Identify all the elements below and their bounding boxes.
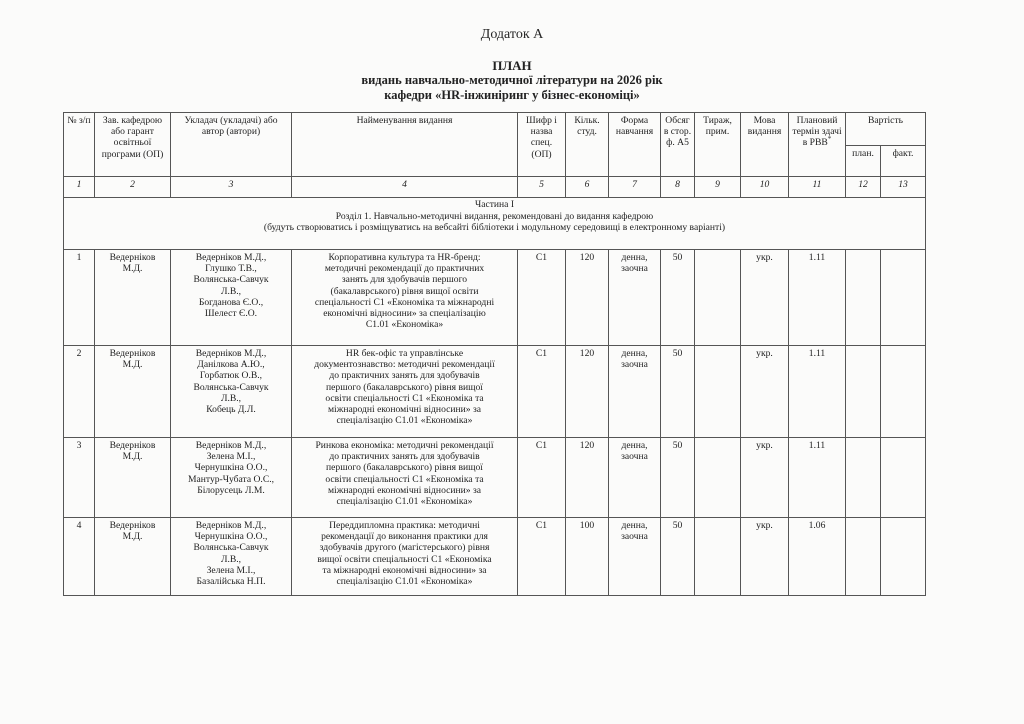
- authors-cell-line: Ведерніков М.Д.,: [173, 348, 289, 359]
- study-form-cell: денна,заочна: [609, 518, 661, 596]
- deadline-cell: 1.11: [789, 346, 846, 438]
- cost-plan-cell: [846, 438, 881, 518]
- students-count-cell: 120: [566, 346, 609, 438]
- study-form-cell-line: заочна: [611, 451, 658, 462]
- authors-cell: Ведерніков М.Д.,Зелена М.І.,Чернушкіна О…: [171, 438, 292, 518]
- department-head-cell: ВедерніковМ.Д.: [95, 438, 171, 518]
- study-form-cell-line: денна,: [611, 440, 658, 451]
- circulation-cell: [695, 346, 741, 438]
- row-number: 3: [64, 438, 95, 518]
- publication-name-cell-line: вищої освіти спеціальності С1 «Економіка: [294, 554, 515, 565]
- publication-name-cell-line: освіти спеціальності С1 «Економіка та: [294, 474, 515, 485]
- publication-name-cell: Переддипломна практика: методичнірекомен…: [292, 518, 518, 596]
- authors-cell-line: Шелест Є.О.: [173, 308, 289, 319]
- authors-cell: Ведерніков М.Д.,Данілкова А.Ю.,Горбатюк …: [171, 346, 292, 438]
- table-row: 4ВедерніковМ.Д.Ведерніков М.Д.,Чернушкін…: [64, 518, 926, 596]
- authors-cell-line: Глушко Т.В.,: [173, 263, 289, 274]
- header-language: Мова видання: [741, 113, 789, 177]
- column-number: 3: [171, 177, 292, 198]
- header-cost: Вартість: [846, 113, 926, 146]
- deadline-cell: 1.06: [789, 518, 846, 596]
- department-head-cell: ВедерніковМ.Д.: [95, 518, 171, 596]
- authors-cell-line: Ведерніков М.Д.,: [173, 520, 289, 531]
- publication-name-cell-line: та міжнародні економічні відносини» за: [294, 565, 515, 576]
- volume-cell: 50: [661, 250, 695, 346]
- department-head-cell-line: Ведерніков: [97, 440, 168, 451]
- study-form-cell-line: денна,: [611, 252, 658, 263]
- department-head-cell-line: Ведерніков: [97, 520, 168, 531]
- publication-name-cell-line: до практичних занять для здобувачів: [294, 451, 515, 462]
- authors-cell: Ведерніков М.Д.,Чернушкіна О.О.,Волянськ…: [171, 518, 292, 596]
- department-head-cell: ВедерніковМ.Д.: [95, 250, 171, 346]
- authors-cell-line: Волянська-Савчук: [173, 382, 289, 393]
- publication-name-cell-line: освіти спеціальності С1 «Економіка та: [294, 393, 515, 404]
- header-study-form: Форма навчання: [609, 113, 661, 177]
- column-number: 2: [95, 177, 171, 198]
- volume-cell: 50: [661, 438, 695, 518]
- publication-name-cell-line: до практичних занять для здобувачів: [294, 370, 515, 381]
- specialty-code-cell: С1: [518, 346, 566, 438]
- header-students: Кільк. студ.: [566, 113, 609, 177]
- authors-cell-line: Волянська-Савчук: [173, 274, 289, 285]
- authors-cell-line: Л.В.,: [173, 286, 289, 297]
- department-head-cell: ВедерніковМ.Д.: [95, 346, 171, 438]
- cost-plan-cell: [846, 346, 881, 438]
- authors-cell-line: Богданова Є.О.,: [173, 297, 289, 308]
- column-number: 12: [846, 177, 881, 198]
- publication-name-cell-line: Переддипломна практика: методичні: [294, 520, 515, 531]
- header-cost-plan: план.: [846, 146, 881, 177]
- authors-cell-line: Ведерніков М.Д.,: [173, 440, 289, 451]
- column-number: 9: [695, 177, 741, 198]
- department-head-cell-line: М.Д.: [97, 359, 168, 370]
- publication-name-cell-line: С1.01 «Економіка»: [294, 319, 515, 330]
- cost-fact-cell: [881, 438, 926, 518]
- students-count-cell: 120: [566, 438, 609, 518]
- publication-name-cell-line: Ринкова економіка: методичні рекомендаці…: [294, 440, 515, 451]
- header-deadline: Плановий термін здачі в РВВ*: [789, 113, 846, 177]
- footnote-mark: *: [828, 135, 832, 143]
- section-part: Частина І: [66, 199, 923, 211]
- authors-cell-line: Л.В.,: [173, 393, 289, 404]
- cost-plan-cell: [846, 518, 881, 596]
- authors-cell-line: Мантур-Чубата О.С.,: [173, 474, 289, 485]
- header-volume: Обсяг в стор. ф. А5: [661, 113, 695, 177]
- study-form-cell-line: заочна: [611, 359, 658, 370]
- publication-name-cell-line: міжнародні економічні відносини» за: [294, 404, 515, 415]
- circulation-cell: [695, 438, 741, 518]
- specialty-code-cell: С1: [518, 250, 566, 346]
- department-head-cell-line: М.Д.: [97, 263, 168, 274]
- header-num: № з/п: [64, 113, 95, 177]
- publication-name-cell-line: спеціалізацію С1.01 «Економіка»: [294, 415, 515, 426]
- document-title-block: ПЛАН видань навчально-методичної літерат…: [0, 58, 1024, 103]
- publication-name-cell-line: першого (бакалаврського) рівня вищої: [294, 382, 515, 393]
- authors-cell-line: Білорусець Л.М.: [173, 485, 289, 496]
- cost-plan-cell: [846, 250, 881, 346]
- language-cell: укр.: [741, 438, 789, 518]
- study-form-cell: денна,заочна: [609, 250, 661, 346]
- authors-cell-line: Кобець Д.Л.: [173, 404, 289, 415]
- publication-name-cell-line: (бакалаврського) рівня вищої освіти: [294, 286, 515, 297]
- department-head-cell-line: Ведерніков: [97, 252, 168, 263]
- column-number: 7: [609, 177, 661, 198]
- authors-cell-line: Волянська-Савчук: [173, 542, 289, 553]
- publication-plan-table: № з/п Зав. кафедрою або гарант освітньої…: [63, 112, 926, 596]
- table-row: 3ВедерніковМ.Д.Ведерніков М.Д.,Зелена М.…: [64, 438, 926, 518]
- circulation-cell: [695, 518, 741, 596]
- header-row: № з/п Зав. кафедрою або гарант освітньої…: [64, 113, 926, 146]
- students-count-cell: 120: [566, 250, 609, 346]
- language-cell: укр.: [741, 346, 789, 438]
- publication-name-cell-line: спеціальності С1 «Економіка та міжнародн…: [294, 297, 515, 308]
- specialty-code-cell: С1: [518, 438, 566, 518]
- column-number: 5: [518, 177, 566, 198]
- deadline-cell: 1.11: [789, 438, 846, 518]
- publication-name-cell-line: документознавство: методичні рекомендаці…: [294, 359, 515, 370]
- authors-cell-line: Зелена М.І.,: [173, 565, 289, 576]
- study-form-cell-line: денна,: [611, 520, 658, 531]
- study-form-cell: денна,заочна: [609, 438, 661, 518]
- authors-cell: Ведерніков М.Д.,Глушко Т.В.,Волянська-Са…: [171, 250, 292, 346]
- column-number: 6: [566, 177, 609, 198]
- cost-fact-cell: [881, 250, 926, 346]
- header-specialty-code: Шифр і назва спец. (ОП): [518, 113, 566, 177]
- cost-fact-cell: [881, 346, 926, 438]
- publication-name-cell-line: занять для здобувачів першого: [294, 274, 515, 285]
- authors-cell-line: Горбатюк О.В.,: [173, 370, 289, 381]
- table-row: 2ВедерніковМ.Д.Ведерніков М.Д.,Данілкова…: [64, 346, 926, 438]
- header-circulation: Тираж, прим.: [695, 113, 741, 177]
- study-form-cell: денна,заочна: [609, 346, 661, 438]
- column-number: 11: [789, 177, 846, 198]
- document-title: ПЛАН: [0, 58, 1024, 73]
- table-row: 1ВедерніковМ.Д.Ведерніков М.Д.,Глушко Т.…: [64, 250, 926, 346]
- authors-cell-line: Данілкова А.Ю.,: [173, 359, 289, 370]
- column-number: 13: [881, 177, 926, 198]
- study-form-cell-line: денна,: [611, 348, 658, 359]
- column-number: 10: [741, 177, 789, 198]
- students-count-cell: 100: [566, 518, 609, 596]
- header-cost-fact: факт.: [881, 146, 926, 177]
- document-subtitle: видань навчально-методичної літератури н…: [0, 73, 1024, 88]
- column-numbers-row: 12345678910111213: [64, 177, 926, 198]
- appendix-label: Додаток А: [0, 27, 1024, 43]
- publication-name-cell-line: HR бек-офіс та управлінське: [294, 348, 515, 359]
- header-deadline-text: Плановий термін здачі в РВВ: [792, 115, 841, 148]
- row-number: 2: [64, 346, 95, 438]
- authors-cell-line: Базалійська Н.П.: [173, 576, 289, 587]
- authors-cell-line: Чернушкіна О.О.,: [173, 531, 289, 542]
- publication-name-cell-line: спеціалізацію С1.01 «Економіка»: [294, 496, 515, 507]
- authors-cell-line: Ведерніков М.Д.,: [173, 252, 289, 263]
- department-head-cell-line: М.Д.: [97, 531, 168, 542]
- department-head-cell-line: Ведерніков: [97, 348, 168, 359]
- publication-name-cell-line: здобувачів другого (магістерського) рівн…: [294, 542, 515, 553]
- publication-name-cell-line: методичні рекомендації до практичних: [294, 263, 515, 274]
- header-department-head: Зав. кафедрою або гарант освітньої прогр…: [95, 113, 171, 177]
- publication-name-cell: Корпоративна культура та HR-бренд:методи…: [292, 250, 518, 346]
- study-form-cell-line: заочна: [611, 263, 658, 274]
- authors-cell-line: Чернушкіна О.О.,: [173, 462, 289, 473]
- authors-cell-line: Зелена М.І.,: [173, 451, 289, 462]
- publication-name-cell-line: спеціалізацію С1.01 «Економіка»: [294, 576, 515, 587]
- department-head-cell-line: М.Д.: [97, 451, 168, 462]
- column-number: 4: [292, 177, 518, 198]
- publication-name-cell: Ринкова економіка: методичні рекомендаці…: [292, 438, 518, 518]
- language-cell: укр.: [741, 250, 789, 346]
- section-title: Розділ 1. Навчально-методичні видання, р…: [66, 211, 923, 223]
- cost-fact-cell: [881, 518, 926, 596]
- row-number: 4: [64, 518, 95, 596]
- publication-name-cell: HR бек-офіс та управлінськедокументознав…: [292, 346, 518, 438]
- deadline-cell: 1.11: [789, 250, 846, 346]
- specialty-code-cell: С1: [518, 518, 566, 596]
- publication-name-cell-line: рекомендації до виконання практики для: [294, 531, 515, 542]
- volume-cell: 50: [661, 518, 695, 596]
- column-number: 1: [64, 177, 95, 198]
- department-name: кафедри «HR-інжиніринг у бізнес-економіц…: [0, 88, 1024, 103]
- section-heading: Частина І Розділ 1. Навчально-методичні …: [64, 198, 926, 250]
- authors-cell-line: Л.В.,: [173, 554, 289, 565]
- row-number: 1: [64, 250, 95, 346]
- publication-name-cell-line: першого (бакалаврського) рівня вищої: [294, 462, 515, 473]
- language-cell: укр.: [741, 518, 789, 596]
- circulation-cell: [695, 250, 741, 346]
- header-publication-name: Найменування видання: [292, 113, 518, 177]
- study-form-cell-line: заочна: [611, 531, 658, 542]
- section-row: Частина І Розділ 1. Навчально-методичні …: [64, 198, 926, 250]
- publication-name-cell-line: економічні відносини» за спеціалізацію: [294, 308, 515, 319]
- volume-cell: 50: [661, 346, 695, 438]
- section-note: (будуть створюватись і розміщуватись на …: [66, 222, 923, 234]
- publication-name-cell-line: міжнародні економічні відносини» за: [294, 485, 515, 496]
- publication-name-cell-line: Корпоративна культура та HR-бренд:: [294, 252, 515, 263]
- column-number: 8: [661, 177, 695, 198]
- header-authors: Укладач (укладачі) або автор (автори): [171, 113, 292, 177]
